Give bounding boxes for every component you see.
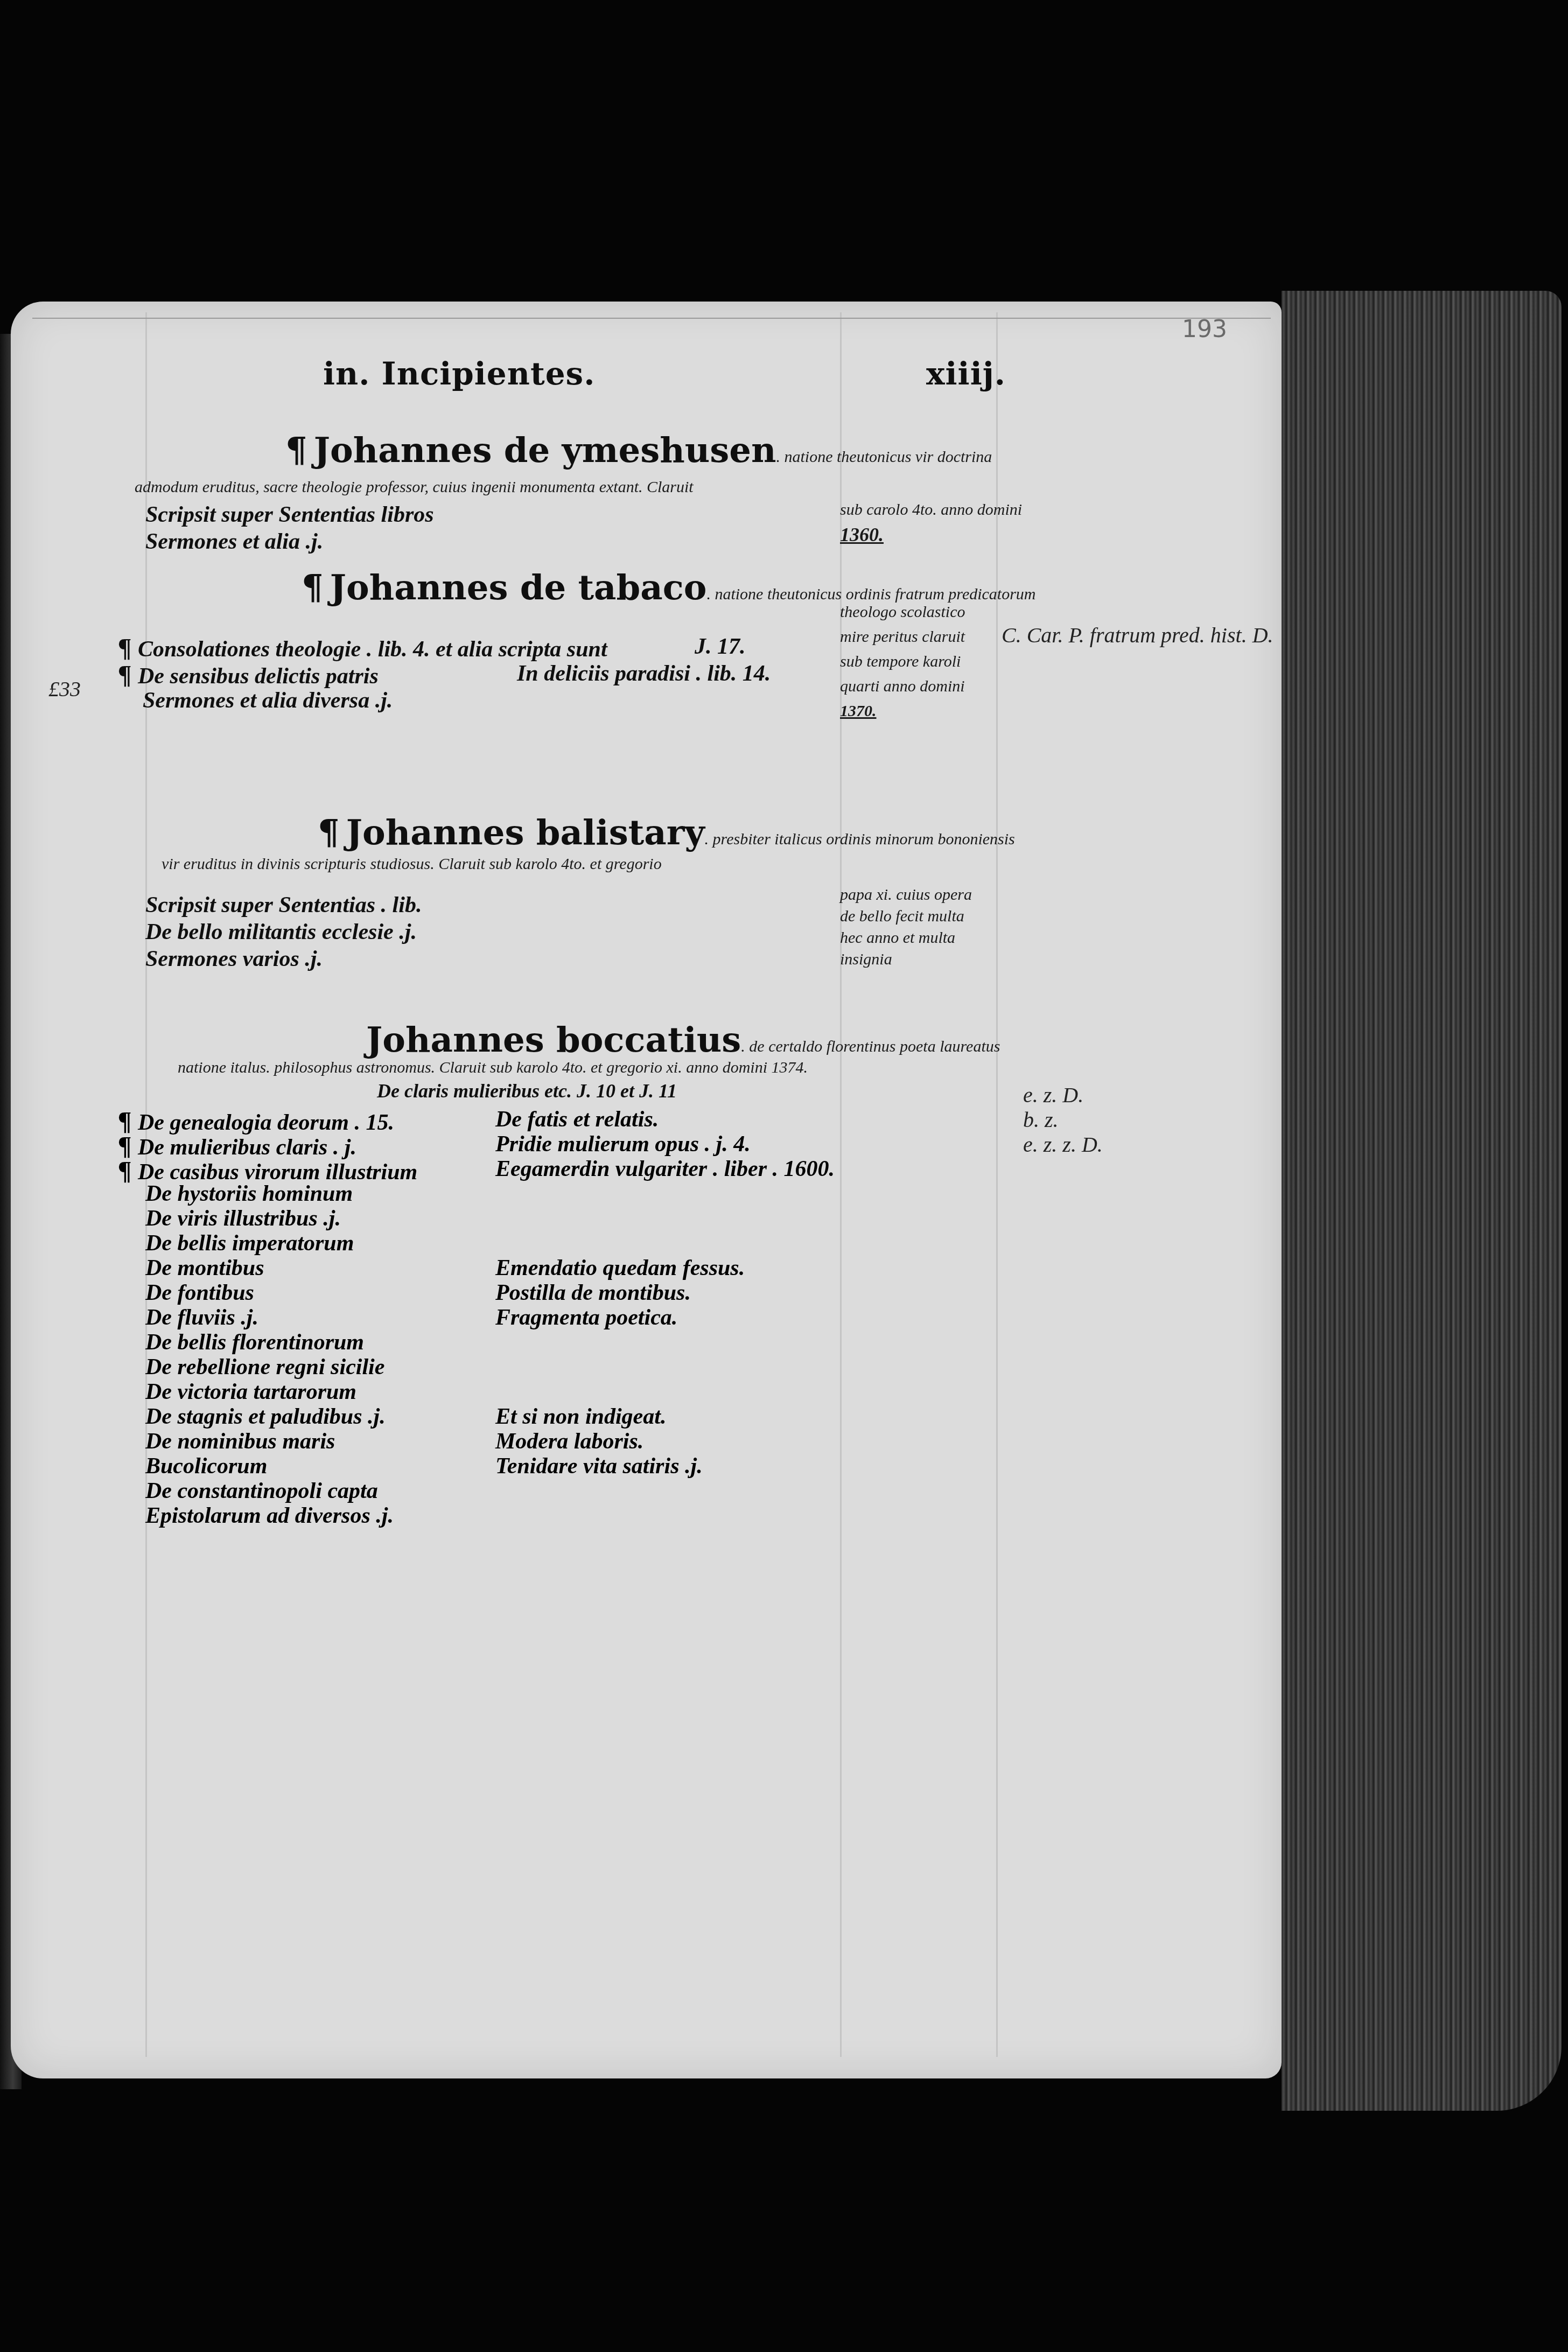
left-margin-note: £33 <box>48 678 81 700</box>
work-item: De viris illustribus .j. <box>118 1206 417 1230</box>
work-item: De fluviis .j. <box>118 1305 417 1329</box>
side-note-year: 1360. <box>840 525 884 544</box>
pilcrow-icon: ¶ <box>118 1157 131 1185</box>
side-references: e. z. D. b. z. e. z. z. D. <box>1023 1082 1103 1157</box>
entry-heading: ¶Johannes balistary. presbiter italicus … <box>318 816 1015 850</box>
entry-note-line: natione italus. philosophus astronomus. … <box>178 1060 808 1076</box>
work-item: Bucolicorum <box>118 1453 417 1478</box>
entry-name: Johannes de ymeshusen <box>314 430 776 471</box>
entry-name: Johannes boccatius <box>366 1020 741 1060</box>
works-list-col2: De fatis et relatis. Pridie mulierum opu… <box>495 1107 835 1478</box>
running-head: in. Incipientes. <box>323 358 595 389</box>
work-item: De bellis florentinorum <box>118 1329 417 1354</box>
work-item: De bello militantis ecclesie .j. <box>145 921 417 943</box>
work-item: ¶Consolationes theologie . lib. 4. et al… <box>118 635 607 661</box>
folio-number: 193 <box>1182 318 1227 341</box>
side-note-block: theologo scolastico mire peritus claruit… <box>840 603 965 727</box>
side-note: sub carolo 4to. anno domini <box>840 502 1022 518</box>
book-fore-edge <box>1282 291 1562 2111</box>
margin-reference: C. Car. P. fratrum pred. hist. D. <box>1002 625 1273 646</box>
entry-note-line: admodum eruditus, sacre theologie profes… <box>135 479 694 495</box>
ruling-line-top <box>32 318 1271 319</box>
entry-name: Johannes de tabaco <box>330 568 707 608</box>
work-item: In deliciis paradisi . lib. 14. <box>517 662 771 685</box>
manuscript-page: in. Incipientes. xiiij. 193 ¶Johannes de… <box>11 302 1282 2078</box>
work-item: Scripsit super Sententias libros <box>145 503 434 526</box>
work-item: Sermones et alia .j. <box>145 530 323 553</box>
work-item: De stagnis et paludibus .j. <box>118 1404 417 1429</box>
work-item: De bellis imperatorum <box>118 1230 417 1255</box>
work-item: De constantinopoli capta <box>118 1478 417 1503</box>
pilcrow-icon: ¶ <box>285 430 307 471</box>
work-item: Sermones varios .j. <box>145 948 323 970</box>
work-item: Scripsit super Sententias . lib. <box>145 894 422 916</box>
work-item: De nominibus maris <box>118 1429 417 1453</box>
entry-note: . natione theutonicus ordinis fratrum pr… <box>706 585 1035 603</box>
entry-heading: Johannes boccatius. de certaldo florenti… <box>366 1023 1000 1058</box>
entry-note: . natione theutonicus vir doctrina <box>776 448 992 466</box>
work-item: De fontibus <box>118 1280 417 1305</box>
work-reference: J. 17. <box>695 635 746 658</box>
pilcrow-icon: ¶ <box>118 661 131 689</box>
work-item: ¶De genealogia deorum . 15. <box>118 1107 417 1131</box>
works-list: ¶De genealogia deorum . 15. ¶De mulierib… <box>118 1107 417 1528</box>
entry-name: Johannes balistary <box>346 813 705 853</box>
entry-heading: ¶Johannes de tabaco. natione theutonicus… <box>302 571 1036 605</box>
work-item: De rebellione regni sicilie <box>118 1354 417 1379</box>
pilcrow-icon: ¶ <box>318 813 340 853</box>
pilcrow-icon: ¶ <box>118 634 131 662</box>
work-item: Epistolarum ad diversos .j. <box>118 1503 417 1528</box>
work-item: ¶De sensibus delictis patris <box>118 662 379 688</box>
work-item: De montibus <box>118 1255 417 1280</box>
entry-note: . de certaldo florentinus poeta laureatu… <box>741 1038 1000 1055</box>
entry-note-line: vir eruditus in divinis scripturis studi… <box>162 856 662 872</box>
works-header: De claris mulieribus etc. J. 10 et J. 11 <box>377 1081 677 1101</box>
quire-mark: xiiij. <box>926 358 1006 389</box>
entry-heading: ¶Johannes de ymeshusen. natione theutoni… <box>285 433 992 468</box>
pilcrow-icon: ¶ <box>302 568 324 608</box>
work-item: ¶De casibus virorum illustrium <box>118 1156 417 1181</box>
work-item: De victoria tartarorum <box>118 1379 417 1404</box>
side-note-block: papa xi. cuius opera de bello fecit mult… <box>840 886 972 972</box>
work-item: Sermones et alia diversa .j. <box>143 689 393 712</box>
entry-note: . presbiter italicus ordinis minorum bon… <box>705 830 1015 848</box>
